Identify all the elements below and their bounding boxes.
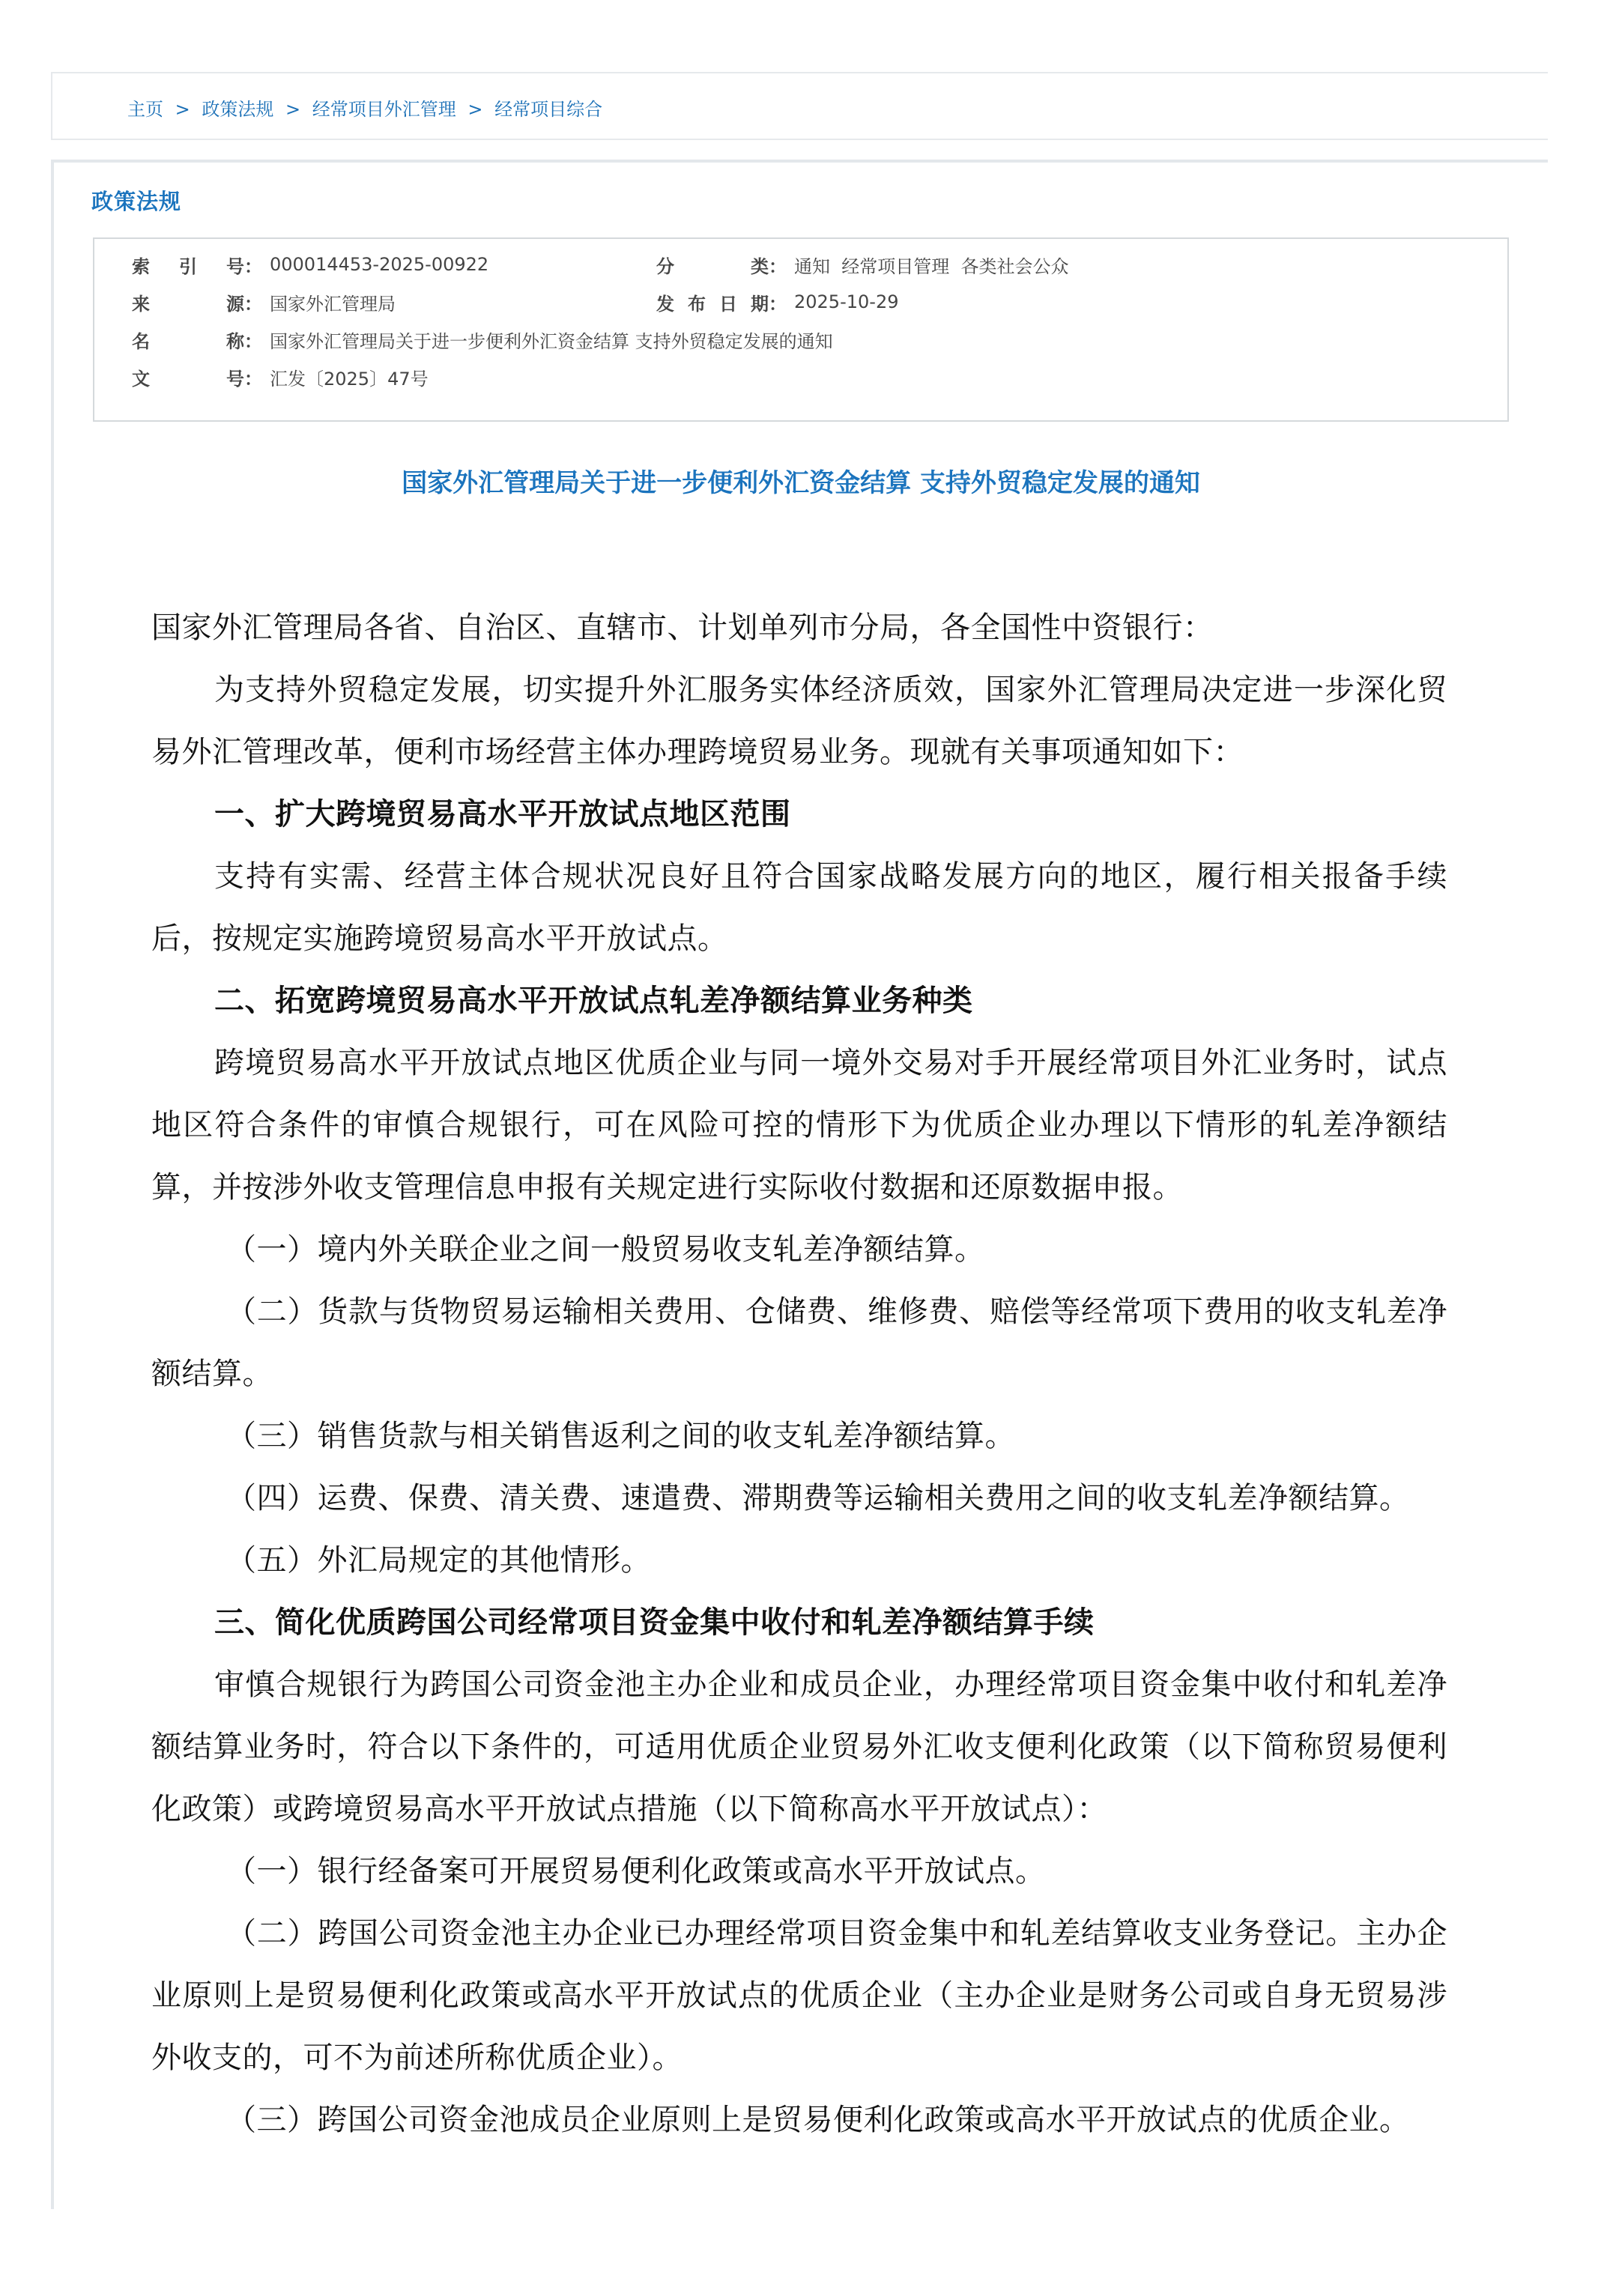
list-item: （二）跨国公司资金池主办企业已办理经常项目资金集中和轧差结算收支业务登记。主办企… — [151, 1903, 1447, 2089]
breadcrumb-current-account-general[interactable]: 经常项目综合 — [494, 99, 602, 120]
section-heading: 二、拓宽跨境贸易高水平开放试点轧差净额结算业务种类 — [151, 970, 1447, 1032]
body-paragraph: 支持有实需、经营主体合规状况良好且符合国家战略发展方向的地区，履行相关报备手续后… — [151, 846, 1447, 970]
breadcrumb-separator: > — [175, 99, 190, 120]
meta-value: 2025-10-29 — [794, 291, 898, 312]
meta-label: 索 引 号 — [132, 252, 244, 278]
meta-publish-date: 发布日期 ： 2025-10-29 — [656, 287, 898, 317]
list-item: （四）运费、保费、清关费、速遣费、滞期费等运输相关费用之间的收支轧差净额结算。 — [151, 1467, 1447, 1530]
meta-value: 汇发〔2025〕47号 — [270, 364, 429, 390]
breadcrumb-separator: > — [467, 99, 482, 120]
list-item: （一）境内外关联企业之间一般贸易收支轧差净额结算。 — [151, 1219, 1447, 1281]
breadcrumb-current-account-fx[interactable]: 经常项目外汇管理 — [312, 99, 456, 120]
section-title: 政策法规 — [91, 185, 181, 216]
meta-label: 分 类 — [656, 252, 769, 278]
section-heading: 三、简化优质跨国公司经常项目资金集中收付和轧差净额结算手续 — [151, 1592, 1447, 1654]
page: 主页 > 政策法规 > 经常项目外汇管理 > 经常项目综合 政策法规 索 引 号… — [0, 0, 1622, 2296]
document-metadata: 索 引 号 ： 000014453-2025-00922 分 类 ： 通知 经常… — [93, 237, 1509, 422]
meta-document-number: 文 号 ： 汇发〔2025〕47号 — [132, 362, 429, 392]
meta-label: 发布日期 — [656, 289, 769, 315]
meta-value: 通知 经常项目管理 各类社会公众 — [794, 252, 1069, 278]
meta-value: 国家外汇管理局 — [270, 289, 396, 315]
document-body: 国家外汇管理局各省、自治区、直辖市、计划单列市分局，各全国性中资银行： 为支持外… — [151, 597, 1447, 2151]
body-paragraph: 跨境贸易高水平开放试点地区优质企业与同一境外交易对手开展经常项目外汇业务时，试点… — [151, 1032, 1447, 1219]
breadcrumb: 主页 > 政策法规 > 经常项目外汇管理 > 经常项目综合 — [127, 94, 602, 121]
breadcrumb-bar: 主页 > 政策法规 > 经常项目外汇管理 > 经常项目综合 — [51, 72, 1548, 140]
list-item: （五）外汇局规定的其他情形。 — [151, 1530, 1447, 1592]
breadcrumb-policy[interactable]: 政策法规 — [202, 99, 273, 120]
list-item: （三）跨国公司资金池成员企业原则上是贸易便利化政策或高水平开放试点的优质企业。 — [151, 2089, 1447, 2151]
meta-label: 来 源 — [132, 289, 244, 315]
meta-source: 来 源 ： 国家外汇管理局 — [132, 287, 396, 317]
meta-name: 名 称 ： 国家外汇管理局关于进一步便利外汇资金结算 支持外贸稳定发展的通知 — [132, 324, 833, 354]
salutation-paragraph: 国家外汇管理局各省、自治区、直辖市、计划单列市分局，各全国性中资银行： — [151, 597, 1447, 659]
meta-index-number: 索 引 号 ： 000014453-2025-00922 — [132, 249, 488, 279]
meta-category: 分 类 ： 通知 经常项目管理 各类社会公众 — [656, 249, 1069, 279]
section-heading: 一、扩大跨境贸易高水平开放试点地区范围 — [151, 784, 1447, 846]
body-paragraph: 审慎合规银行为跨国公司资金池主办企业和成员企业，办理经常项目资金集中收付和轧差净… — [151, 1654, 1447, 1841]
content-panel: 政策法规 索 引 号 ： 000014453-2025-00922 分 类 ： … — [51, 160, 1548, 2209]
document-title: 国家外汇管理局关于进一步便利外汇资金结算 支持外贸稳定发展的通知 — [54, 462, 1548, 499]
list-item: （一）银行经备案可开展贸易便利化政策或高水平开放试点。 — [151, 1841, 1447, 1903]
body-paragraph: 为支持外贸稳定发展，切实提升外汇服务实体经济质效，国家外汇管理局决定进一步深化贸… — [151, 659, 1447, 784]
meta-value: 000014453-2025-00922 — [270, 254, 488, 275]
meta-label: 名 称 — [132, 327, 244, 353]
list-item: （二）货款与货物贸易运输相关费用、仓储费、维修费、赔偿等经常项下费用的收支轧差净… — [151, 1281, 1447, 1405]
list-item: （三）销售货款与相关销售返利之间的收支轧差净额结算。 — [151, 1405, 1447, 1467]
meta-label: 文 号 — [132, 364, 244, 390]
breadcrumb-separator: > — [285, 99, 300, 120]
breadcrumb-home[interactable]: 主页 — [127, 99, 163, 120]
meta-value: 国家外汇管理局关于进一步便利外汇资金结算 支持外贸稳定发展的通知 — [270, 327, 833, 353]
